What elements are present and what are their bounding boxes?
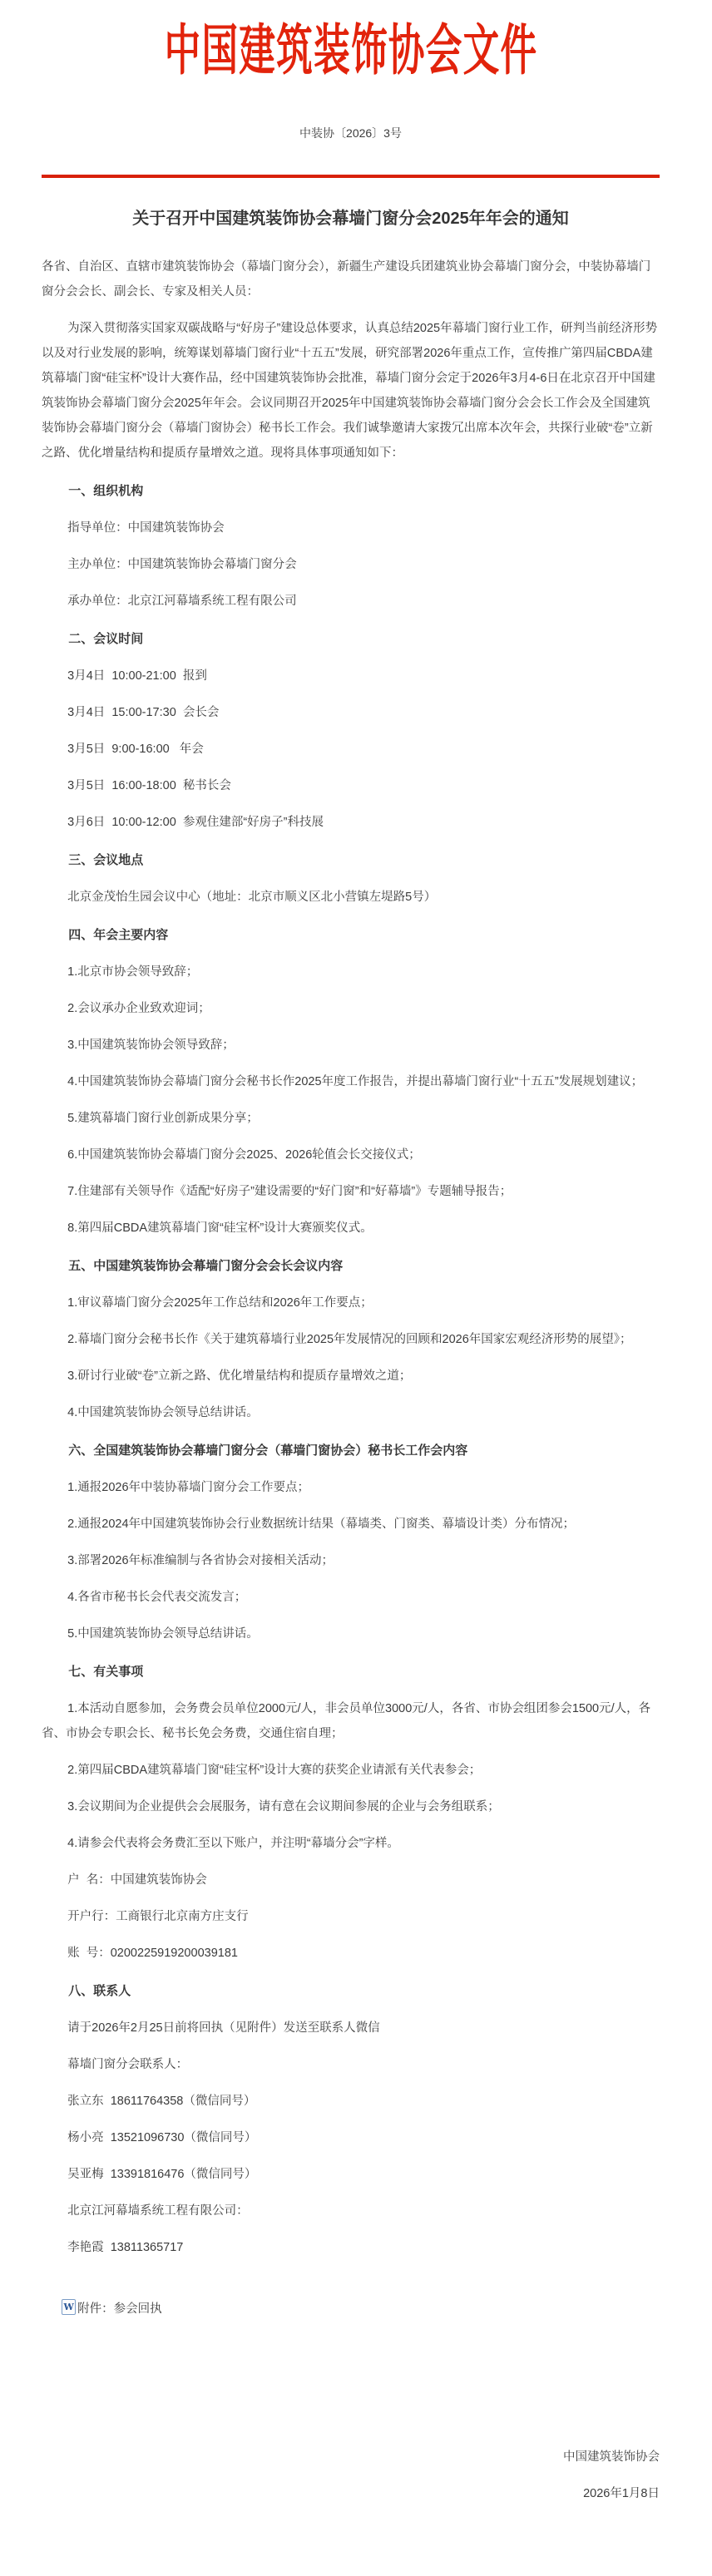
section-heading: 二、会议时间	[42, 627, 660, 652]
section-heading: 八、联系人	[42, 1979, 660, 2004]
section-item: 8.第四届CBDA建筑幕墙门窗“硅宝杯”设计大赛颁奖仪式。	[42, 1216, 660, 1241]
section-item: 4.中国建筑装饰协会幕墙门窗分会秘书长作2025年度工作报告，并提出幕墙门窗行业…	[42, 1069, 660, 1094]
section-heading: 七、有关事项	[42, 1660, 660, 1685]
section-item: 请于2026年2月25日前将回执（见附件）发送至联系人微信	[42, 2016, 660, 2041]
section-item: 1.本活动自愿参加，会务费会员单位2000元/人，非会员单位3000元/人，各省…	[42, 1696, 660, 1746]
section-item: 张立东 18611764358（微信同号）	[42, 2089, 660, 2114]
section-heading: 六、全国建筑装饰协会幕墙门窗分会（幕墙门窗协会）秘书长工作会内容	[42, 1439, 660, 1463]
section-item: 2.幕墙门窗分会秘书长作《关于建筑幕墙行业2025年发展情况的回顾和2026年国…	[42, 1327, 660, 1352]
section-item: 3.部署2026年标准编制与各省协会对接相关活动；	[42, 1548, 660, 1573]
section-heading: 一、组织机构	[42, 479, 660, 504]
intro-paragraph: 为深入贯彻落实国家双碳战略与“好房子”建设总体要求，认真总结2025年幕墙门窗行…	[42, 316, 660, 466]
section-item: 吴亚梅 13391816476（微信同号）	[42, 2162, 660, 2187]
document-number: 中装协〔2026〕3号	[42, 125, 660, 141]
notice-title: 关于召开中国建筑装饰协会幕墙门窗分会2025年年会的通知	[42, 206, 660, 231]
section-item: 指导单位：中国建筑装饰协会	[42, 516, 660, 540]
section-heading: 四、年会主要内容	[42, 923, 660, 948]
section-heading: 三、会议地点	[42, 848, 660, 873]
section-item: 承办单位：北京江河幕墙系统工程有限公司	[42, 589, 660, 614]
section-item: 5.建筑幕墙门窗行业创新成果分享；	[42, 1106, 660, 1131]
section-item: 3月6日 10:00-12:00 参观住建部“好房子”科技展	[42, 810, 660, 835]
section-item: 主办单位：中国建筑装饰协会幕墙门窗分会	[42, 552, 660, 577]
red-divider-line	[42, 175, 660, 178]
attachment-file-link[interactable]: 参会回执	[114, 2302, 162, 2316]
section-item: 2.会议承办企业致欢迎词；	[42, 996, 660, 1021]
section-item: 开户行：工商银行北京南方庄支行	[42, 1904, 660, 1929]
attachment-prefix: 附件：	[77, 2302, 114, 2316]
section-item: 账 号：0200225919200039181	[42, 1941, 660, 1966]
section-item: 5.中国建筑装饰协会领导总结讲话。	[42, 1621, 660, 1646]
section-item: 7.住建部有关领导作《适配“好房子”建设需要的“好门窗”和“好幕墙”》专题辅导报…	[42, 1179, 660, 1204]
section-item: 杨小亮 13521096730（微信同号）	[42, 2125, 660, 2150]
section-item: 3.中国建筑装饰协会领导致辞；	[42, 1033, 660, 1058]
signature-gap	[42, 2358, 660, 2433]
section-item: 4.中国建筑装饰协会领导总结讲话。	[42, 1400, 660, 1425]
attachment-line: 附件：参会回执	[42, 2272, 660, 2347]
section-item: 3月4日 15:00-17:30 会长会	[42, 700, 660, 725]
section-item: 北京金茂怡生园会议中心（地址：北京市顺义区北小营镇左堤路5号）	[42, 885, 660, 910]
section-item: 户 名：中国建筑装饰协会	[42, 1868, 660, 1893]
section-item: 幕墙门窗分会联系人：	[42, 2052, 660, 2077]
section-item: 3月5日 16:00-18:00 秘书长会	[42, 773, 660, 798]
section-item: 6.中国建筑装饰协会幕墙门窗分会2025、2026轮值会长交接仪式；	[42, 1142, 660, 1167]
sections-container: 一、组织机构指导单位：中国建筑装饰协会主办单位：中国建筑装饰协会幕墙门窗分会承办…	[42, 479, 660, 2260]
section-heading: 五、中国建筑装饰协会幕墙门窗分会会长会议内容	[42, 1254, 660, 1279]
section-item: 李艳霞 13811365717	[42, 2235, 660, 2260]
section-item: 北京江河幕墙系统工程有限公司：	[42, 2198, 660, 2223]
signature-org: 中国建筑装饰协会	[42, 2445, 660, 2470]
salutation: 各省、自治区、直辖市建筑装饰协会（幕墙门窗分会），新疆生产建设兵团建筑业协会幕墙…	[42, 254, 660, 304]
org-title: 中国建筑装饰协会文件	[164, 22, 537, 79]
section-item: 1.北京市协会领导致辞；	[42, 960, 660, 985]
official-document: 中国建筑装饰协会文件 中装协〔2026〕3号 关于召开中国建筑装饰协会幕墙门窗分…	[0, 0, 712, 2576]
letterhead: 中国建筑装饰协会文件	[42, 22, 660, 91]
section-item: 2.第四届CBDA建筑幕墙门窗“硅宝杯”设计大赛的获奖企业请派有关代表参会；	[42, 1758, 660, 1783]
section-item: 1.审议幕墙门窗分会2025年工作总结和2026年工作要点；	[42, 1290, 660, 1315]
section-item: 1.通报2026年中装协幕墙门窗分会工作要点；	[42, 1475, 660, 1500]
signature-date: 2026年1月8日	[42, 2481, 660, 2506]
section-item: 3.会议期间为企业提供会会展服务，请有意在会议期间参展的企业与会务组联系；	[42, 1794, 660, 1819]
document-body: 各省、自治区、直辖市建筑装饰协会（幕墙门窗分会），新疆生产建设兵团建筑业协会幕墙…	[42, 254, 660, 2506]
word-doc-icon	[62, 2299, 76, 2315]
section-item: 3.研讨行业破“卷”立新之路、优化增量结构和提质存量增效之道；	[42, 1364, 660, 1389]
section-item: 2.通报2024年中国建筑装饰协会行业数据统计结果（幕墙类、门窗类、幕墙设计类）…	[42, 1512, 660, 1537]
section-item: 3月5日 9:00-16:00 年会	[42, 737, 660, 762]
section-item: 3月4日 10:00-21:00 报到	[42, 664, 660, 688]
section-item: 4.各省市秘书长会代表交流发言；	[42, 1585, 660, 1610]
section-item: 4.请参会代表将会务费汇至以下账户，并注明“幕墙分会”字样。	[42, 1831, 660, 1856]
